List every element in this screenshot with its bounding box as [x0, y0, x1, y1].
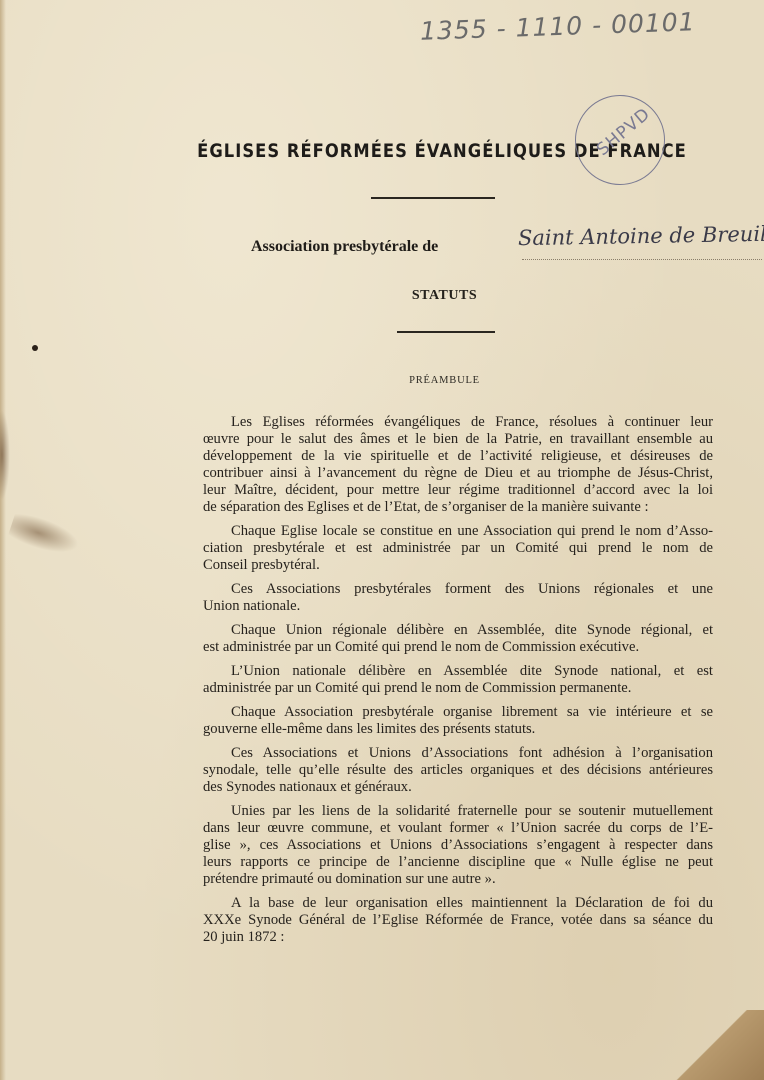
text-line: dans leur œuvre commune, et voulant form… [203, 820, 713, 837]
paragraph: A la base de leur organisation elles mai… [203, 895, 713, 946]
text-line: Ces Associations et Unions d’Association… [203, 745, 713, 762]
page-edge-shadow [0, 0, 6, 1080]
text-line: Les Eglises réformées évangéliques de Fr… [203, 414, 713, 431]
text-line: contribuer ainsi à l’avancement du règne… [203, 465, 713, 482]
text-line: des Synodes nationaux et généraux. [203, 779, 713, 796]
text-line: Union nationale. [203, 598, 713, 615]
text-line: Unies par les liens de la solidarité fra… [203, 803, 713, 820]
divider-rule [397, 331, 495, 333]
document-title: STATUTS [0, 288, 764, 304]
text-line: synodale, telle qu’elle résulte des arti… [203, 762, 713, 779]
section-title: PRÉAMBULE [0, 375, 764, 386]
text-line: XXXe Synode Général de l’Eglise Réformée… [203, 912, 713, 929]
text-line: Chaque Association presbytérale organise… [203, 704, 713, 721]
paragraph: Chaque Eglise locale se constitue en une… [203, 523, 713, 574]
divider-rule [371, 197, 495, 199]
paragraph: Unies par les liens de la solidarité fra… [203, 803, 713, 888]
text-line: administrée par un Comité qui prend le n… [203, 680, 713, 697]
text-line: prétendre primauté ou domination sur une… [203, 871, 713, 888]
association-label: Association presbytérale de [251, 238, 438, 256]
stamp-text: SHPVD [593, 104, 655, 160]
paragraph: Ces Associations et Unions d’Association… [203, 745, 713, 796]
fill-in-line [522, 259, 762, 260]
text-line: Ces Associations presbytérales forment d… [203, 581, 713, 598]
paragraph: Ces Associations presbytérales forment d… [203, 581, 713, 615]
torn-corner [674, 1010, 764, 1080]
ink-dot [32, 345, 38, 351]
preamble-body: Les Eglises réformées évangéliques de Fr… [203, 414, 713, 953]
text-line: développement de la vie spirituelle et d… [203, 448, 713, 465]
paragraph: Les Eglises réformées évangéliques de Fr… [203, 414, 713, 516]
text-line: Chaque Eglise locale se constitue en une… [203, 523, 713, 540]
text-line: ciation presbytérale et est administrée … [203, 540, 713, 557]
text-line: L’Union nationale délibère en Assemblée … [203, 663, 713, 680]
text-line: A la base de leur organisation elles mai… [203, 895, 713, 912]
text-line: glise », ces Associations et Unions d’As… [203, 837, 713, 854]
text-line: leur Maître, décident, pour mettre leur … [203, 482, 713, 499]
scanned-document-page: 1355 - 1110 - 00101 ÉGLISES RÉFORMÉES ÉV… [0, 0, 764, 1080]
text-line: gouverne elle-même dans les limites des … [203, 721, 713, 738]
paragraph: Chaque Association presbytérale organise… [203, 704, 713, 738]
paragraph: L’Union nationale délibère en Assemblée … [203, 663, 713, 697]
archive-number-handwritten: 1355 - 1110 - 00101 [420, 7, 696, 46]
text-line: Chaque Union régionale délibère en Assem… [203, 622, 713, 639]
paragraph: Chaque Union régionale délibère en Assem… [203, 622, 713, 656]
text-line: 20 juin 1872 : [203, 929, 713, 946]
text-line: est administrée par un Comité qui prend … [203, 639, 713, 656]
stain-mark [7, 510, 83, 560]
text-line: de séparation des Eglises et de l’Etat, … [203, 499, 713, 516]
text-line: leurs rapports ce principe de l’ancienne… [203, 854, 713, 871]
text-line: Conseil presbytéral. [203, 557, 713, 574]
text-line: œuvre pour le salut des âmes et le bien … [203, 431, 713, 448]
archive-stamp: SHPVD [575, 95, 665, 185]
association-name-handwritten: Saint Antoine de Breuil [518, 222, 764, 250]
stain-mark [0, 410, 10, 500]
